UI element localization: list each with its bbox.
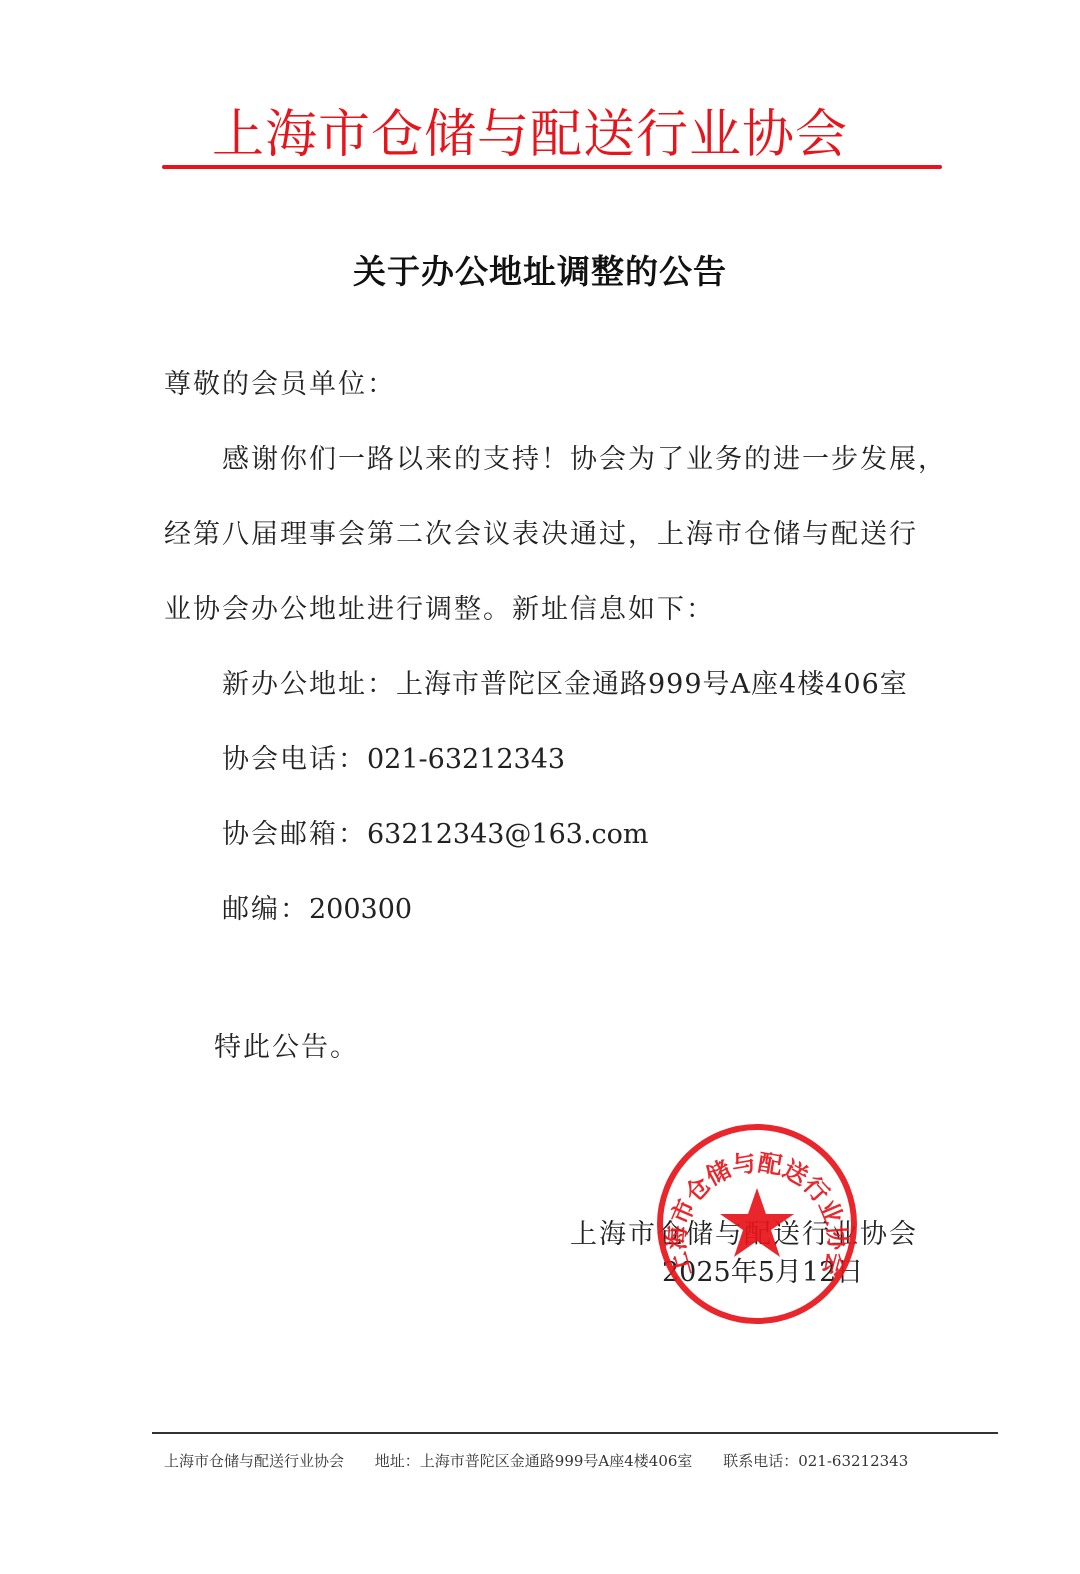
footer-address: 地址：上海市普陀区金通路999号A座4楼406室 xyxy=(375,1452,693,1470)
footer: 上海市仓储与配送行业协会 地址：上海市普陀区金通路999号A座4楼406室 联系… xyxy=(164,1450,934,1471)
info-postcode: 邮编：200300 xyxy=(222,887,412,926)
info-value: 上海市普陀区金通路999号A座4楼406室 xyxy=(396,669,908,700)
info-phone: 协会电话：021-63212343 xyxy=(222,737,565,776)
footer-organization: 上海市仓储与配送行业协会 xyxy=(164,1452,344,1470)
info-address: 新办公地址：上海市普陀区金通路999号A座4楼406室 xyxy=(222,662,908,701)
info-value: 63212343@163.com xyxy=(367,819,649,850)
footer-divider xyxy=(152,1432,998,1434)
closing: 特此公告。 xyxy=(214,1025,359,1064)
masthead-title: 上海市仓储与配送行业协会 xyxy=(212,92,848,167)
info-label: 新办公地址： xyxy=(222,669,396,700)
paragraph-line: 业协会办公地址进行调整。新址信息如下： xyxy=(164,587,715,626)
info-label: 协会邮箱： xyxy=(222,819,367,850)
info-value: 200300 xyxy=(309,894,412,925)
info-label: 协会电话： xyxy=(222,744,367,775)
official-seal: 上海市仓储与配送行业协会 xyxy=(655,1122,859,1326)
star-icon xyxy=(720,1188,794,1257)
paragraph-line: 感谢你们一路以来的支持！协会为了业务的进一步发展， xyxy=(222,437,947,476)
info-value: 021-63212343 xyxy=(367,744,565,775)
footer-phone: 联系电话：021-63212343 xyxy=(723,1452,908,1470)
document-title: 关于办公地址调整的公告 xyxy=(0,246,1080,293)
info-label: 邮编： xyxy=(222,894,309,925)
masthead-divider xyxy=(162,165,942,169)
paragraph-line: 经第八届理事会第二次会议表决通过，上海市仓储与配送行 xyxy=(164,512,918,551)
info-email: 协会邮箱：63212343@163.com xyxy=(222,812,649,851)
salutation: 尊敬的会员单位： xyxy=(164,362,396,401)
